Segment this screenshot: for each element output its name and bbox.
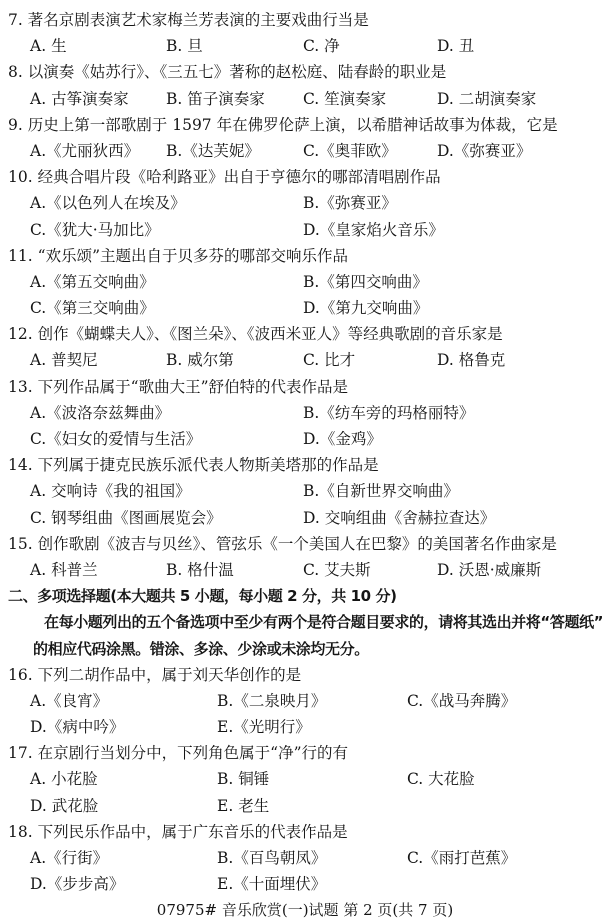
option-text: 《自新世界交响曲》 bbox=[319, 482, 459, 500]
option-row: A. 生B. 旦C. 净D. 丑 bbox=[0, 33, 610, 59]
option-E: E.《十面埋伏》 bbox=[217, 871, 326, 897]
option-label: A. bbox=[30, 561, 46, 579]
option-text: 《波洛奈兹舞曲》 bbox=[46, 404, 170, 422]
option-text: 《弥赛亚》 bbox=[319, 194, 397, 212]
option-text: 小花脸 bbox=[51, 770, 98, 788]
question-stem-text: 著名京剧表演艺术家梅兰芳表演的主要戏曲行当是 bbox=[28, 11, 369, 29]
option-row: A.《行街》B.《百鸟朝凤》C.《雨打芭蕉》 bbox=[0, 845, 610, 871]
question-block: 7.著名京剧表演艺术家梅兰芳表演的主要戏曲行当是A. 生B. 旦C. 净D. 丑 bbox=[0, 7, 610, 59]
question-block: 14.下列属于捷克民族乐派代表人物斯美塔那的作品是A. 交响诗《我的祖国》B.《… bbox=[0, 452, 610, 531]
option-row: A.《波洛奈兹舞曲》B.《纺车旁的玛格丽特》 bbox=[0, 400, 610, 426]
option-A: A.《尤丽狄西》 bbox=[30, 138, 139, 164]
option-label: B. bbox=[166, 351, 182, 369]
option-label: C. bbox=[303, 561, 319, 579]
option-label: D. bbox=[303, 221, 320, 239]
option-C: C.《雨打芭蕉》 bbox=[407, 845, 516, 871]
question-number: 8. bbox=[8, 63, 23, 81]
option-A: A. 普契尼 bbox=[30, 347, 98, 373]
option-C: C.《奥菲欧》 bbox=[303, 138, 397, 164]
option-text: 《光明行》 bbox=[233, 718, 311, 736]
option-C: C.《犹大·马加比》 bbox=[30, 217, 160, 243]
option-text: 《雨打芭蕉》 bbox=[423, 849, 516, 867]
option-text: 净 bbox=[324, 37, 340, 55]
option-label: E. bbox=[217, 718, 233, 736]
option-C: C.《第三交响曲》 bbox=[30, 295, 155, 321]
option-label: B. bbox=[166, 142, 182, 160]
option-text: 格什温 bbox=[187, 561, 234, 579]
question-number: 11. bbox=[8, 247, 33, 265]
question-stem: 9.历史上第一部歌剧于 1597 年在佛罗伦萨上演，以希腊神话故事为体裁，它是 bbox=[0, 112, 610, 138]
option-text: 科普兰 bbox=[51, 561, 98, 579]
option-A: A.《以色列人在埃及》 bbox=[30, 190, 186, 216]
option-text: 普契尼 bbox=[51, 351, 98, 369]
page-footer: 07975# 音乐欣赏(一)试题 第 2 页(共 7 页) bbox=[0, 897, 610, 922]
option-text: 沃恩·威廉斯 bbox=[459, 561, 541, 579]
option-text: 笛子演奏家 bbox=[187, 90, 265, 108]
option-label: A. bbox=[30, 404, 46, 422]
option-B: B. 笛子演奏家 bbox=[166, 86, 265, 112]
option-C: C.《妇女的爱情与生活》 bbox=[30, 426, 201, 452]
option-label: B. bbox=[217, 692, 233, 710]
option-label: A. bbox=[30, 142, 46, 160]
question-number: 12. bbox=[8, 325, 33, 343]
option-B: B. 威尔第 bbox=[166, 347, 234, 373]
option-B: B.《百鸟朝凤》 bbox=[217, 845, 326, 871]
option-text: 武花脸 bbox=[52, 797, 99, 815]
option-C: C. 净 bbox=[303, 33, 340, 59]
option-label: B. bbox=[217, 770, 233, 788]
question-stem-text: 下列二胡作品中，属于刘天华创作的是 bbox=[38, 666, 302, 684]
question-block: 12.创作《蝴蝶夫人》、《图兰朵》、《波西米亚人》等经典歌剧的音乐家是A. 普契… bbox=[0, 321, 610, 373]
question-stem-text: 下列作品属于“歌曲大王”舒伯特的代表作品是 bbox=[38, 378, 348, 396]
option-label: E. bbox=[217, 797, 233, 815]
option-text: 《尤丽狄西》 bbox=[46, 142, 139, 160]
option-label: C. bbox=[303, 351, 319, 369]
option-text: 笙演奏家 bbox=[324, 90, 386, 108]
option-label: C. bbox=[407, 770, 423, 788]
option-text: 《以色列人在埃及》 bbox=[46, 194, 186, 212]
option-label: D. bbox=[30, 797, 47, 815]
option-label: A. bbox=[30, 482, 46, 500]
option-label: C. bbox=[407, 692, 423, 710]
question-block: 10.经典合唱片段《哈利路亚》出自于亨德尔的哪部清唱剧作品A.《以色列人在埃及》… bbox=[0, 164, 610, 243]
option-label: C. bbox=[303, 142, 319, 160]
question-stem-text: 下列民乐作品中，属于广东音乐的代表作品是 bbox=[38, 823, 348, 841]
question-number: 15. bbox=[8, 535, 33, 553]
option-label: B. bbox=[303, 194, 319, 212]
option-text: 旦 bbox=[187, 37, 203, 55]
section-title: 二、多项选择题(本大题共 5 小题，每小题 2 分，共 10 分) bbox=[0, 583, 610, 609]
option-text: 《犹大·马加比》 bbox=[46, 221, 159, 239]
option-label: B. bbox=[166, 37, 182, 55]
option-text: 大花脸 bbox=[428, 770, 475, 788]
question-number: 16. bbox=[8, 666, 33, 684]
option-label: C. bbox=[407, 849, 423, 867]
option-A: A. 生 bbox=[30, 33, 67, 59]
option-text: 《奥菲欧》 bbox=[319, 142, 397, 160]
option-text: 《第三交响曲》 bbox=[46, 299, 155, 317]
option-label: D. bbox=[303, 509, 320, 527]
option-label: C. bbox=[30, 509, 46, 527]
option-A: A. 小花脸 bbox=[30, 766, 98, 792]
option-label: D. bbox=[437, 561, 454, 579]
instruction-line-2: 的相应代码涂黑。错涂、多涂、少涂或未涂均无分。 bbox=[0, 636, 610, 662]
option-label: C. bbox=[303, 37, 319, 55]
option-row: A. 普契尼B. 威尔第C. 比才D. 格鲁克 bbox=[0, 347, 610, 373]
option-row: A. 科普兰B. 格什温C. 艾夫斯D. 沃恩·威廉斯 bbox=[0, 557, 610, 583]
question-stem-text: 经典合唱片段《哈利路亚》出自于亨德尔的哪部清唱剧作品 bbox=[38, 168, 441, 186]
question-stem-text: 下列属于捷克民族乐派代表人物斯美塔那的作品是 bbox=[38, 456, 379, 474]
question-stem: 18.下列民乐作品中，属于广东音乐的代表作品是 bbox=[0, 819, 610, 845]
option-label: C. bbox=[303, 90, 319, 108]
option-label: C. bbox=[30, 430, 46, 448]
option-label: A. bbox=[30, 770, 46, 788]
option-row: C. 钢琴组曲《图画展览会》D. 交响组曲《舍赫拉查达》 bbox=[0, 505, 610, 531]
option-label: B. bbox=[303, 404, 319, 422]
question-number: 7. bbox=[8, 11, 23, 29]
option-C: C. 钢琴组曲《图画展览会》 bbox=[30, 505, 222, 531]
option-E: E.《光明行》 bbox=[217, 714, 311, 740]
question-stem-text: 创作《蝴蝶夫人》、《图兰朵》、《波西米亚人》等经典歌剧的音乐家是 bbox=[38, 325, 503, 343]
option-label: D. bbox=[437, 142, 454, 160]
option-D: D.《第九交响曲》 bbox=[303, 295, 428, 321]
option-row: A.《第五交响曲》B.《第四交响曲》 bbox=[0, 269, 610, 295]
option-row: A.《良宵》B.《二泉映月》C.《战马奔腾》 bbox=[0, 688, 610, 714]
option-text: 《行街》 bbox=[46, 849, 108, 867]
option-text: 《病中吟》 bbox=[47, 718, 125, 736]
option-row: D. 武花脸E. 老生 bbox=[0, 793, 610, 819]
question-block: 18.下列民乐作品中，属于广东音乐的代表作品是A.《行街》B.《百鸟朝凤》C.《… bbox=[0, 819, 610, 898]
option-B: B. 铜锤 bbox=[217, 766, 269, 792]
option-label: D. bbox=[437, 37, 454, 55]
question-block: 17.在京剧行当划分中，下列角色属于“净”行的有A. 小花脸B. 铜锤C. 大花… bbox=[0, 740, 610, 819]
option-label: B. bbox=[217, 849, 233, 867]
option-text: 老生 bbox=[238, 797, 269, 815]
option-B: B.《自新世界交响曲》 bbox=[303, 478, 459, 504]
option-row: C.《犹大·马加比》D.《皇家焰火音乐》 bbox=[0, 217, 610, 243]
option-row: A. 小花脸B. 铜锤C. 大花脸 bbox=[0, 766, 610, 792]
option-A: A.《第五交响曲》 bbox=[30, 269, 155, 295]
option-text: 《弥赛亚》 bbox=[454, 142, 532, 160]
option-text: 《二泉映月》 bbox=[233, 692, 326, 710]
option-D: D.《病中吟》 bbox=[30, 714, 124, 740]
option-text: 交响组曲《舍赫拉查达》 bbox=[325, 509, 496, 527]
single-choice-section: 7.著名京剧表演艺术家梅兰芳表演的主要戏曲行当是A. 生B. 旦C. 净D. 丑… bbox=[0, 7, 610, 583]
option-label: D. bbox=[303, 299, 320, 317]
option-text: 《良宵》 bbox=[46, 692, 108, 710]
question-stem: 15.创作歌剧《波吉与贝丝》、管弦乐《一个美国人在巴黎》的美国著名作曲家是 bbox=[0, 531, 610, 557]
option-label: B. bbox=[303, 482, 319, 500]
option-row: A.《以色列人在埃及》B.《弥赛亚》 bbox=[0, 190, 610, 216]
option-text: 铜锤 bbox=[238, 770, 269, 788]
option-C: C.《战马奔腾》 bbox=[407, 688, 516, 714]
option-label: C. bbox=[30, 221, 46, 239]
option-text: 艾夫斯 bbox=[324, 561, 371, 579]
question-stem: 13.下列作品属于“歌曲大王”舒伯特的代表作品是 bbox=[0, 374, 610, 400]
question-stem: 10.经典合唱片段《哈利路亚》出自于亨德尔的哪部清唱剧作品 bbox=[0, 164, 610, 190]
option-label: D. bbox=[30, 875, 47, 893]
option-label: B. bbox=[166, 90, 182, 108]
option-row: A. 古筝演奏家B. 笛子演奏家C. 笙演奏家D. 二胡演奏家 bbox=[0, 86, 610, 112]
option-text: 《战马奔腾》 bbox=[423, 692, 516, 710]
option-C: C. 艾夫斯 bbox=[303, 557, 371, 583]
option-A: A. 交响诗《我的祖国》 bbox=[30, 478, 191, 504]
option-row: D.《步步高》E.《十面埋伏》 bbox=[0, 871, 610, 897]
option-text: 二胡演奏家 bbox=[459, 90, 537, 108]
option-D: D. 交响组曲《舍赫拉查达》 bbox=[303, 505, 495, 531]
option-label: D. bbox=[437, 351, 454, 369]
option-text: 《第五交响曲》 bbox=[46, 273, 155, 291]
question-stem: 12.创作《蝴蝶夫人》、《图兰朵》、《波西米亚人》等经典歌剧的音乐家是 bbox=[0, 321, 610, 347]
option-label: A. bbox=[30, 351, 46, 369]
option-D: D. 武花脸 bbox=[30, 793, 98, 819]
question-number: 9. bbox=[8, 116, 23, 134]
option-text: 《金鸡》 bbox=[320, 430, 382, 448]
question-stem-text: 历史上第一部歌剧于 1597 年在佛罗伦萨上演，以希腊神话故事为体裁，它是 bbox=[28, 116, 558, 134]
question-block: 16.下列二胡作品中，属于刘天华创作的是A.《良宵》B.《二泉映月》C.《战马奔… bbox=[0, 662, 610, 741]
option-label: A. bbox=[30, 692, 46, 710]
option-label: A. bbox=[30, 90, 46, 108]
option-E: E. 老生 bbox=[217, 793, 269, 819]
option-B: B.《达芙妮》 bbox=[166, 138, 260, 164]
option-B: B.《第四交响曲》 bbox=[303, 269, 428, 295]
question-block: 9.历史上第一部歌剧于 1597 年在佛罗伦萨上演，以希腊神话故事为体裁，它是A… bbox=[0, 112, 610, 164]
option-C: C. 比才 bbox=[303, 347, 355, 373]
option-C: C. 笙演奏家 bbox=[303, 86, 386, 112]
option-text: 《纺车旁的玛格丽特》 bbox=[319, 404, 474, 422]
option-D: D.《金鸡》 bbox=[303, 426, 382, 452]
option-text: 比才 bbox=[324, 351, 355, 369]
question-stem-text: 在京剧行当划分中，下列角色属于“净”行的有 bbox=[38, 744, 348, 762]
option-D: D. 丑 bbox=[437, 33, 474, 59]
question-block: 8.以演奏《姑苏行》、《三五七》著称的赵松庭、陆春龄的职业是A. 古筝演奏家B.… bbox=[0, 59, 610, 111]
option-D: D. 沃恩·威廉斯 bbox=[437, 557, 541, 583]
option-C: C. 大花脸 bbox=[407, 766, 475, 792]
option-D: D. 二胡演奏家 bbox=[437, 86, 536, 112]
instruction-line-1: 在每小题列出的五个备选项中至少有两个是符合题目要求的，请将其选出并将“答题纸” bbox=[0, 609, 610, 635]
question-number: 17. bbox=[8, 744, 33, 762]
option-B: B.《二泉映月》 bbox=[217, 688, 326, 714]
question-number: 14. bbox=[8, 456, 33, 474]
question-stem: 14.下列属于捷克民族乐派代表人物斯美塔那的作品是 bbox=[0, 452, 610, 478]
question-number: 13. bbox=[8, 378, 33, 396]
question-number: 10. bbox=[8, 168, 33, 186]
question-block: 11.“欢乐颂”主题出自于贝多芬的哪部交响乐作品A.《第五交响曲》B.《第四交响… bbox=[0, 243, 610, 322]
option-B: B.《弥赛亚》 bbox=[303, 190, 397, 216]
question-stem-text: 创作歌剧《波吉与贝丝》、管弦乐《一个美国人在巴黎》的美国著名作曲家是 bbox=[38, 535, 557, 553]
option-text: 《十面埋伏》 bbox=[233, 875, 326, 893]
option-text: 格鲁克 bbox=[459, 351, 506, 369]
question-stem: 11.“欢乐颂”主题出自于贝多芬的哪部交响乐作品 bbox=[0, 243, 610, 269]
option-A: A.《波洛奈兹舞曲》 bbox=[30, 400, 170, 426]
question-stem-text: “欢乐颂”主题出自于贝多芬的哪部交响乐作品 bbox=[38, 247, 348, 265]
option-text: 《第四交响曲》 bbox=[319, 273, 428, 291]
option-D: D.《步步高》 bbox=[30, 871, 124, 897]
option-label: D. bbox=[437, 90, 454, 108]
option-row: A. 交响诗《我的祖国》B.《自新世界交响曲》 bbox=[0, 478, 610, 504]
question-stem-text: 以演奏《姑苏行》、《三五七》著称的赵松庭、陆春龄的职业是 bbox=[28, 63, 447, 81]
option-A: A.《良宵》 bbox=[30, 688, 108, 714]
option-label: D. bbox=[30, 718, 47, 736]
option-text: 威尔第 bbox=[187, 351, 234, 369]
option-label: C. bbox=[30, 299, 46, 317]
option-label: D. bbox=[303, 430, 320, 448]
question-number: 18. bbox=[8, 823, 33, 841]
exam-page: 7.著名京剧表演艺术家梅兰芳表演的主要戏曲行当是A. 生B. 旦C. 净D. 丑… bbox=[0, 0, 610, 922]
option-label: E. bbox=[217, 875, 233, 893]
multi-choice-section: 16.下列二胡作品中，属于刘天华创作的是A.《良宵》B.《二泉映月》C.《战马奔… bbox=[0, 662, 610, 898]
option-label: A. bbox=[30, 37, 46, 55]
question-stem: 8.以演奏《姑苏行》、《三五七》著称的赵松庭、陆春龄的职业是 bbox=[0, 59, 610, 85]
question-stem: 16.下列二胡作品中，属于刘天华创作的是 bbox=[0, 662, 610, 688]
option-A: A. 科普兰 bbox=[30, 557, 98, 583]
option-B: B. 旦 bbox=[166, 33, 203, 59]
option-text: 生 bbox=[51, 37, 67, 55]
option-row: C.《第三交响曲》D.《第九交响曲》 bbox=[0, 295, 610, 321]
question-stem: 17.在京剧行当划分中，下列角色属于“净”行的有 bbox=[0, 740, 610, 766]
option-row: A.《尤丽狄西》B.《达芙妮》C.《奥菲欧》D.《弥赛亚》 bbox=[0, 138, 610, 164]
option-text: 丑 bbox=[459, 37, 475, 55]
option-label: B. bbox=[166, 561, 182, 579]
option-label: A. bbox=[30, 273, 46, 291]
option-label: A. bbox=[30, 194, 46, 212]
option-D: D. 格鲁克 bbox=[437, 347, 505, 373]
option-text: 《妇女的爱情与生活》 bbox=[46, 430, 201, 448]
option-text: 交响诗《我的祖国》 bbox=[51, 482, 191, 500]
option-row: D.《病中吟》E.《光明行》 bbox=[0, 714, 610, 740]
option-text: 《第九交响曲》 bbox=[320, 299, 429, 317]
option-D: D.《皇家焰火音乐》 bbox=[303, 217, 444, 243]
option-B: B.《纺车旁的玛格丽特》 bbox=[303, 400, 474, 426]
question-block: 13.下列作品属于“歌曲大王”舒伯特的代表作品是A.《波洛奈兹舞曲》B.《纺车旁… bbox=[0, 374, 610, 453]
question-block: 15.创作歌剧《波吉与贝丝》、管弦乐《一个美国人在巴黎》的美国著名作曲家是A. … bbox=[0, 531, 610, 583]
option-text: 《皇家焰火音乐》 bbox=[320, 221, 444, 239]
option-label: B. bbox=[303, 273, 319, 291]
option-text: 钢琴组曲《图画展览会》 bbox=[51, 509, 222, 527]
option-A: A. 古筝演奏家 bbox=[30, 86, 129, 112]
option-text: 《达芙妮》 bbox=[182, 142, 260, 160]
option-label: A. bbox=[30, 849, 46, 867]
question-stem: 7.著名京剧表演艺术家梅兰芳表演的主要戏曲行当是 bbox=[0, 7, 610, 33]
option-B: B. 格什温 bbox=[166, 557, 234, 583]
option-text: 《百鸟朝凤》 bbox=[233, 849, 326, 867]
option-text: 古筝演奏家 bbox=[51, 90, 129, 108]
option-A: A.《行街》 bbox=[30, 845, 108, 871]
option-text: 《步步高》 bbox=[47, 875, 125, 893]
option-D: D.《弥赛亚》 bbox=[437, 138, 531, 164]
option-row: C.《妇女的爱情与生活》D.《金鸡》 bbox=[0, 426, 610, 452]
